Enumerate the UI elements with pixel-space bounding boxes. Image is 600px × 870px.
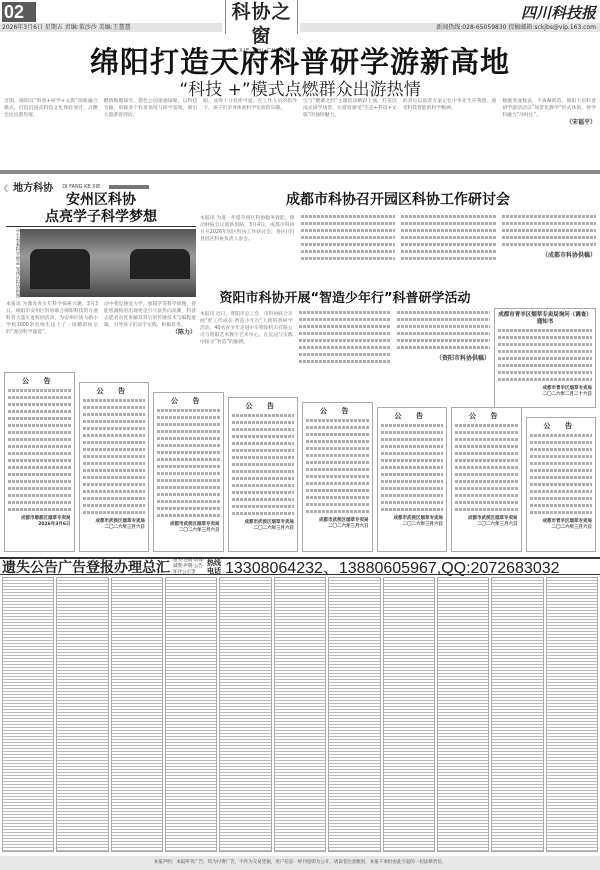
notice-title: 公 告 bbox=[157, 396, 220, 406]
lead-col-6-text: 数据变成数表，不离AI新造，绵阳天府科普研学游活动以“场景化教学”形式体验，将学… bbox=[502, 98, 596, 119]
classified-ad bbox=[437, 577, 489, 852]
lead-col-2: 燃情数理探究、猎色公园迷感探秘，以科技为轴，串联多个科普场馆与研学基地，吸引大量… bbox=[104, 98, 198, 166]
classified-ad bbox=[491, 577, 543, 852]
chengdu-byline: （成都市科协供稿） bbox=[502, 250, 597, 259]
notice-date: 2026年3月6日 bbox=[8, 521, 71, 527]
notice-8: 公 告 成都市青羊区烟草专卖局 二〇二六年三月六日 bbox=[526, 417, 597, 552]
ad-banner: 遗失公告广告登报办理总汇 遗失·注销·清算·减资·声明·公告·环评公示等 热线电… bbox=[0, 557, 600, 575]
notice-title: 公 告 bbox=[530, 421, 593, 431]
notice-date: 二〇二六年三月六日 bbox=[83, 524, 146, 530]
classified-ad bbox=[546, 577, 598, 852]
notice-title: 公 告 bbox=[83, 386, 146, 396]
notice-title: 公 告 bbox=[306, 406, 369, 416]
classified-ads-grid bbox=[0, 577, 600, 852]
notice-date: 二〇二六年三月六日 bbox=[232, 525, 295, 531]
notice-title: 公 告 bbox=[381, 411, 444, 421]
lead-col-6: 数据变成数表，不离AI新造，绵阳天府科普研学游活动以“场景化教学”形式体验，将学… bbox=[502, 98, 596, 166]
notice-date: 二〇二六年三月六日 bbox=[381, 521, 444, 527]
notice-date: 二〇二六年三月六日 bbox=[455, 521, 518, 527]
anzhou-col-2: 动中我觉感受力学，收超学等科学原理，智能机器狗的出现更是引气氛热向高潮，科普志愿… bbox=[104, 301, 196, 329]
photo-caption: 学生参观科学展品 安州区科协供图 bbox=[6, 229, 20, 298]
anzhou-headline-2: 点亮学子科学梦想 bbox=[6, 209, 196, 227]
classified-ad bbox=[383, 577, 435, 852]
classified-ad bbox=[56, 577, 108, 852]
ziyang-col-1: 本报讯 近日，资阳市总工会、市科协联合开展“匠工代成长·智造少年行”大跨科普研学… bbox=[200, 311, 293, 379]
classified-ad bbox=[274, 577, 326, 852]
notice-date: 二〇二六年三月六日 bbox=[157, 527, 220, 533]
notice-3: 公 告 成都市武侯区烟草专卖局 二〇二六年三月六日 bbox=[153, 392, 224, 552]
dateline: 2026年3月6日 星期五 责编:董沙沙 美编:王慧慧 bbox=[0, 23, 222, 32]
anzhou-col-1: 本报讯 为激发青少年科学探索兴趣，3月3日，绵阳市安州区科协联合绵阳科技馆开展科… bbox=[6, 301, 98, 336]
chengdu-col-1: 本报讯 为进一步提升园区科协服务效能，推动财报会议创新思路，3月4日，成都市科协… bbox=[200, 215, 295, 275]
notice-1: 公 告 成都市郫都区烟草专卖局 2026年3月6日 bbox=[4, 372, 75, 552]
section-divider bbox=[0, 170, 600, 174]
anzhou-headline-1: 安州区科协 bbox=[6, 192, 196, 209]
ad-items: 遗失·注销·清算·减资·声明·公告·环评公示等 bbox=[173, 558, 207, 576]
notice-2: 公 告 成都市武侯区烟草专卖局 二〇二六年三月六日 bbox=[79, 382, 150, 552]
ad-title: 遗失公告广告登报办理总汇 bbox=[2, 557, 170, 577]
anzhou-col-2-wrap: 动中我觉感受力学，收超学等科学原理，智能机器狗的出现更是引气氛热向高潮，科普志愿… bbox=[104, 301, 196, 336]
notice-6: 公 告 成都市武侯区烟草专卖局 二〇二六年三月六日 bbox=[377, 407, 448, 552]
section-masthead: 科协之窗 KE XIE ZHI CHUANG bbox=[225, 0, 298, 34]
ziyang-headline: 资阳市科协开展“智造少年行”科普研学活动 bbox=[200, 290, 490, 307]
lead-subheadline: “科技 +”模式点燃群众出游热情 bbox=[0, 75, 600, 100]
anzhou-article: 安州区科协 点亮学子科学梦想 学生参观科学展品 安州区科协供图 本报讯 为激发青… bbox=[6, 192, 196, 336]
notice-title: 公 告 bbox=[455, 411, 518, 421]
notice-5: 公 告 成都市武侯区烟草专卖局 二〇二六年三月六日 bbox=[302, 402, 373, 552]
chengdu-headline: 成都市科协召开园区科协工作研讨会 bbox=[200, 192, 596, 209]
classified-ad bbox=[328, 577, 380, 852]
notice-title: 公 告 bbox=[232, 401, 295, 411]
anzhou-byline: （陈力） bbox=[104, 329, 196, 336]
section-bar-pinyin: DI FANG KE XIE bbox=[62, 184, 100, 190]
lead-article-body: 近期，绵阳以“科普+研学+文旅”创新融合模式，打造沉浸式科技文化体验项目，点燃全… bbox=[4, 98, 596, 166]
footer-disclaimer: 本报声明：本报所刊广告，均为付费广告，不作为交易凭据，用户信息一经刊登即为公开，… bbox=[0, 856, 600, 870]
classified-ad bbox=[111, 577, 163, 852]
side-notice-title: 成都市青羊区烟草专卖局询问（调查）通知书 bbox=[498, 312, 592, 326]
notice-title: 公 告 bbox=[8, 376, 71, 386]
lead-col-5: 的背后以前者方案记忆中华先生存我理，感受科技智能的科学精神。 bbox=[403, 98, 497, 166]
notice-4: 公 告 成都市武侯区烟草专卖局 二〇二六年三月六日 bbox=[228, 397, 299, 552]
ad-phones: 13308064232、13880605967,QQ:2072683032 bbox=[225, 555, 560, 578]
classified-ad bbox=[165, 577, 217, 852]
classified-ad bbox=[219, 577, 271, 852]
lead-col-3: 眼，显得十分投涉可爱。在工作人员的指导下，孩子们亲身体验科学实验的乐趣。 bbox=[203, 98, 297, 166]
section-bar: 《 地方科协 DI FANG KE XIE bbox=[0, 176, 600, 188]
lead-byline: （宋福平） bbox=[502, 119, 596, 126]
notice-date: 二〇二六年三月六日 bbox=[306, 523, 369, 529]
notice-7: 公 告 成都市武侯区烟草专卖局 二〇二六年三月六日 bbox=[451, 407, 522, 552]
page-number: 02 bbox=[2, 2, 36, 22]
contact-info: 新闻热线:028-65059830 投稿邮箱:sckjbs@vip.163.co… bbox=[300, 23, 600, 32]
notice-date: 二〇二六年三月六日 bbox=[530, 524, 593, 530]
ziyang-byline: （资阳市科协供稿） bbox=[397, 353, 490, 362]
section-bar-rule bbox=[109, 185, 149, 189]
chengdu-article: 成都市科协召开园区科协工作研讨会 本报讯 为进一步提升园区科协服务效能，推动财报… bbox=[200, 192, 596, 275]
ziyang-article: 资阳市科协开展“智造少年行”科普研学活动 本报讯 近日，资阳市总工会、市科协联合… bbox=[200, 290, 490, 379]
classified-ad bbox=[2, 577, 54, 852]
notices-row: 公 告 成都市郫都区烟草专卖局 2026年3月6日 公 告 成都市武侯区烟草专卖… bbox=[4, 372, 596, 552]
newspaper-logo: 四川科技报 bbox=[521, 2, 596, 23]
ad-hotline-label: 热线电话 bbox=[207, 559, 221, 575]
students-photo bbox=[20, 229, 196, 297]
lead-col-1: 近期，绵阳以“科普+研学+文旅”创新融合模式，打造沉浸式科技文化体验项目，点燃全… bbox=[4, 98, 98, 166]
lead-col-4: 宝与“燃赛之约”主题活动精彩上演，打造沉浸式研学场景，让游客感受“生态+科技+文… bbox=[303, 98, 397, 166]
